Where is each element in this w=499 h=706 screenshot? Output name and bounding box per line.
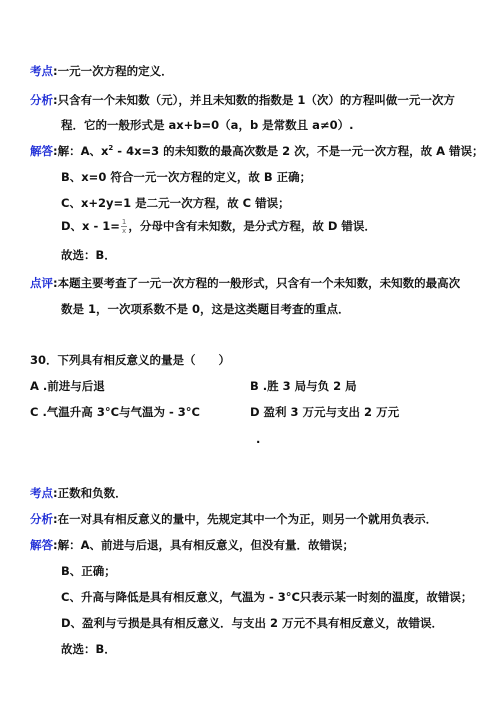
kaodian-row: 考点:一元一次方程的定义． — [30, 63, 173, 79]
option-b: B .胜 3 局与负 2 局 — [250, 378, 357, 394]
q30-jieda-c: C、升高与降低是具有相反意义，气温为 - 3°C只表示某一时刻的温度，故错误； — [61, 589, 472, 605]
jieda-b: B、x=0 符合一元一次方程的定义，故 B 正确； — [61, 169, 311, 185]
kaodian-text: :一元一次方程的定义． — [53, 64, 173, 78]
dianping-row: 点评:本题主要考查了一元一次方程的一般形式，只含有一个未知数，未知数的最高次 — [30, 275, 460, 291]
q30-jieda-b: B、正确； — [61, 563, 116, 579]
fraction: 1x — [121, 218, 127, 235]
fraction-denominator: x — [121, 227, 127, 235]
jieda-row: 解答:解：A、x2 - 4x=3 的未知数的最高次数是 2 次，不是一元一次方程… — [30, 143, 484, 159]
q30-jieda-choice: 故选：B． — [61, 641, 116, 657]
fenxi-text-line2: 程．它的一般形式是 ax+b=0（a，b 是常数且 a≠0）. — [61, 117, 353, 133]
q30-jieda-row: 解答:解：A、前进与后退，具有相反意义，但没有量．故错误； — [30, 537, 354, 553]
kaodian-label: 考点 — [30, 64, 53, 78]
q30-fenxi-text: :在一对具有相反意义的量中，先规定其中一个为正，则另一个就用负表示． — [53, 512, 437, 526]
jieda-d-prefix: D、x - 1= — [61, 219, 120, 233]
jieda-d-suffix: ，分母中含有未知数，是分式方程，故 D 错误． — [128, 219, 376, 233]
dianping-text-line2: 数是 1，一次项系数不是 0，这是这类题目考查的重点． — [61, 301, 350, 317]
jieda-a-prefix: :解：A、x — [53, 144, 108, 158]
option-c: C .气温升高 3°C与气温为 - 3°C — [30, 404, 200, 420]
q30-jieda-d: D、盈利与亏损是具有相反意义．与支出 2 万元不具有相反意义，故错误． — [61, 615, 443, 631]
q30-kaodian-label: 考点 — [30, 486, 53, 500]
jieda-label: 解答 — [30, 144, 53, 158]
jieda-c: C、x+2y=1 是二元一次方程，故 C 错误； — [61, 195, 290, 211]
option-a: A .前进与后退 — [30, 378, 105, 394]
option-d: D 盈利 3 万元与支出 2 万元 — [250, 404, 399, 420]
q30-kaodian-text: :正数和负数． — [53, 486, 127, 500]
stray-dot: . — [256, 432, 260, 446]
fenxi-row: 分析:只含有一个未知数（元），并且未知数的指数是 1（次）的方程叫做一元一次方 — [30, 92, 455, 108]
q30-kaodian-row: 考点:正数和负数． — [30, 485, 127, 501]
fenxi-label: 分析 — [30, 93, 53, 107]
dianping-label: 点评 — [30, 276, 53, 290]
jieda-choice: 故选：B． — [61, 247, 116, 263]
q30-jieda-label: 解答 — [30, 538, 53, 552]
q30-fenxi-row: 分析:在一对具有相反意义的量中，先规定其中一个为正，则另一个就用负表示． — [30, 511, 437, 527]
fraction-numerator: 1 — [121, 218, 127, 227]
q30-fenxi-label: 分析 — [30, 512, 53, 526]
dianping-text-line1: :本题主要考查了一元一次方程的一般形式，只含有一个未知数，未知数的最高次 — [53, 276, 460, 290]
q30-jieda-a: :解：A、前进与后退，具有相反意义，但没有量．故错误； — [53, 538, 354, 552]
fenxi-text-line1: :只含有一个未知数（元），并且未知数的指数是 1（次）的方程叫做一元一次方 — [53, 93, 455, 107]
jieda-a-suffix: - 4x=3 的未知数的最高次数是 2 次，不是一元一次方程，故 A 错误； — [113, 144, 483, 158]
jieda-d: D、x - 1=1x，分母中含有未知数，是分式方程，故 D 错误． — [61, 218, 376, 235]
question-30: 30．下列具有相反意义的量是（ ） — [30, 352, 230, 368]
